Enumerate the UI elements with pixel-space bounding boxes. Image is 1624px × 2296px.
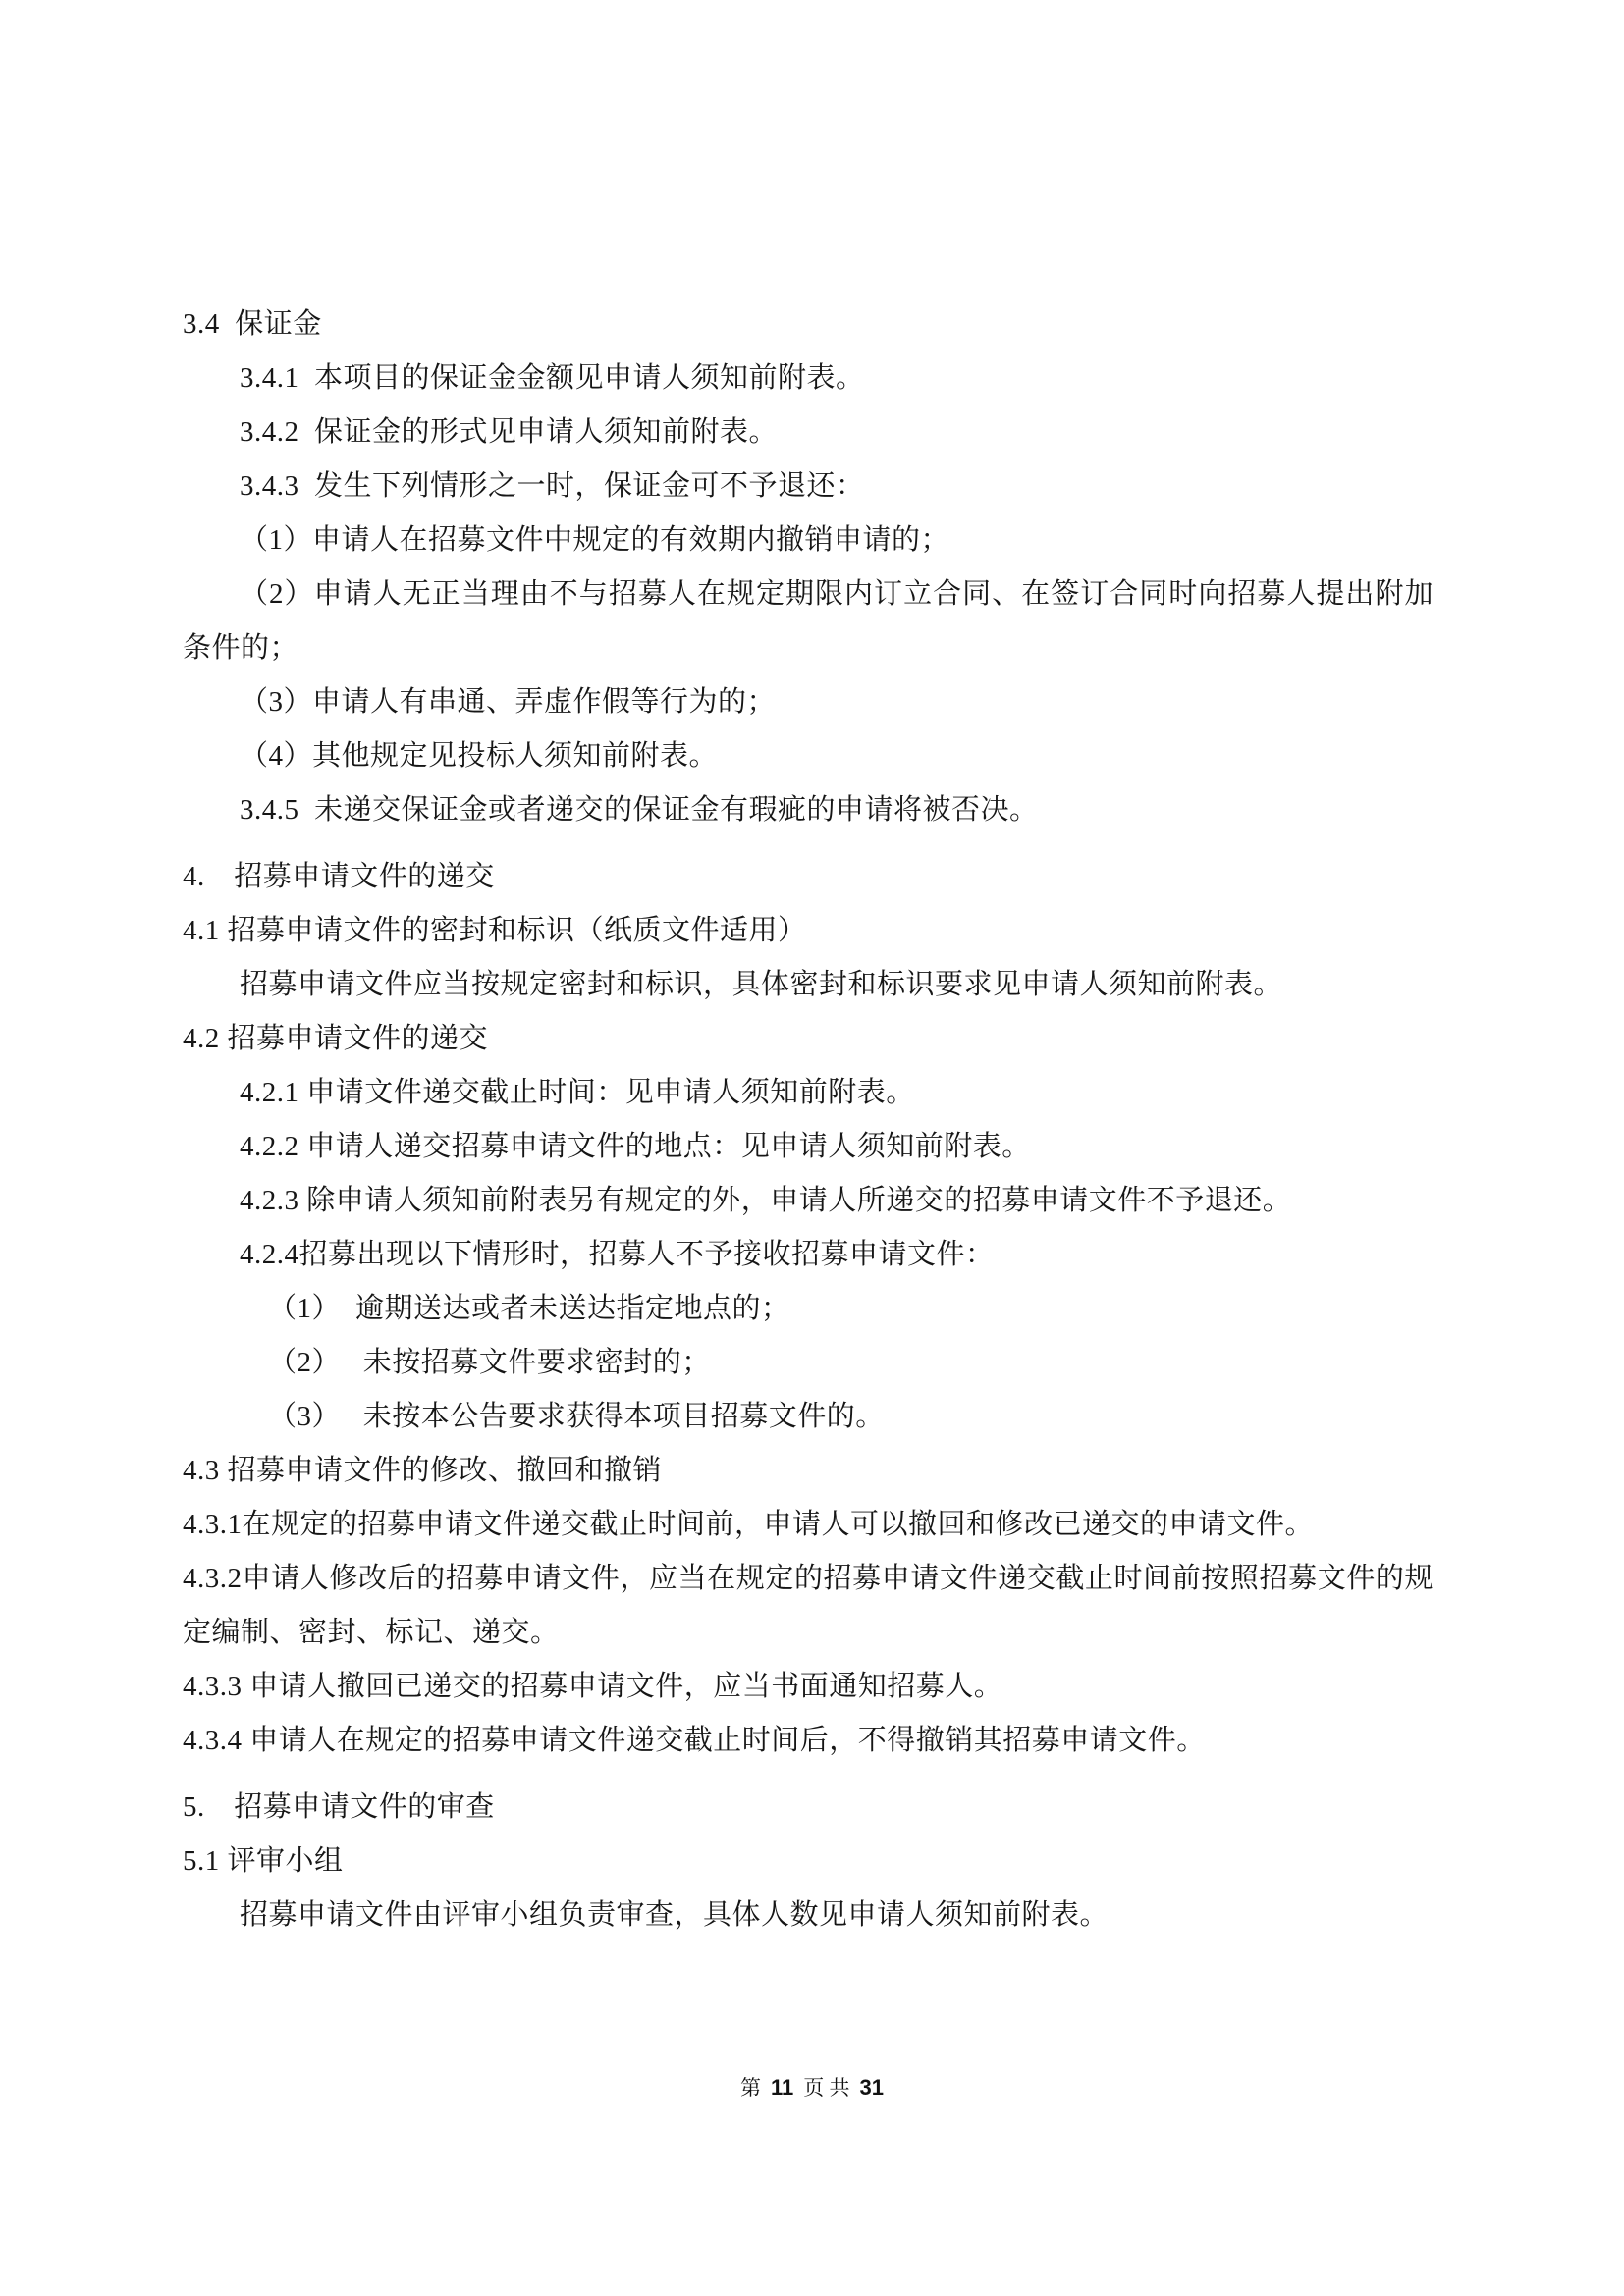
- clause-4-3-2: 4.3.2申请人修改后的招募申请文件，应当在规定的招募申请文件递交截止时间前按照…: [183, 1552, 1434, 1660]
- footer-label-middle: 页 共: [803, 2076, 849, 2100]
- item-3-4-3-1: （1）申请人在招募文件中规定的有效期内撤销申请的；: [183, 513, 1434, 567]
- item-4-2-4-2: （2） 未按招募文件要求密封的；: [183, 1336, 1434, 1390]
- footer-total-pages: 31: [860, 2075, 884, 2100]
- clause-3-4-5: 3.4.5 未递交保证金或者递交的保证金有瑕疵的申请将被否决。: [183, 783, 1434, 837]
- item-3-4-3-3: （3）申请人有串通、弄虚作假等行为的；: [183, 675, 1434, 729]
- clause-4-2-3: 4.2.3 除申请人须知前附表另有规定的外，申请人所递交的招募申请文件不予退还。: [183, 1174, 1434, 1228]
- document-page: 3.4 保证金3.4.1 本项目的保证金金额见申请人须知前附表。3.4.2 保证…: [0, 0, 1624, 2296]
- heading-3-4: 3.4 保证金: [183, 297, 1434, 351]
- heading-5: 5. 招募申请文件的审查: [183, 1781, 1434, 1835]
- clause-3-4-2: 3.4.2 保证金的形式见申请人须知前附表。: [183, 405, 1434, 459]
- para-5-1-body: 招募申请文件由评审小组负责审查，具体人数见申请人须知前附表。: [183, 1889, 1434, 1943]
- heading-4-3: 4.3 招募申请文件的修改、撤回和撤销: [183, 1444, 1434, 1498]
- clause-3-4-1: 3.4.1 本项目的保证金金额见申请人须知前附表。: [183, 351, 1434, 405]
- clause-4-3-4: 4.3.4 申请人在规定的招募申请文件递交截止时间后，不得撤销其招募申请文件。: [183, 1714, 1434, 1768]
- para-4-1-body: 招募申请文件应当按规定密封和标识，具体密封和标识要求见申请人须知前附表。: [183, 958, 1434, 1012]
- clause-4-2-2: 4.2.2 申请人递交招募申请文件的地点：见申请人须知前附表。: [183, 1120, 1434, 1174]
- item-4-2-4-1: （1） 逾期送达或者未送达指定地点的；: [183, 1282, 1434, 1336]
- clause-4-3-3: 4.3.3 申请人撤回已递交的招募申请文件，应当书面通知招募人。: [183, 1660, 1434, 1714]
- footer-label-prefix: 第: [740, 2076, 761, 2100]
- clause-4-2-1: 4.2.1 申请文件递交截止时间：见申请人须知前附表。: [183, 1066, 1434, 1120]
- item-3-4-3-2: （2）申请人无正当理由不与招募人在规定期限内订立合同、在签订合同时向招募人提出附…: [183, 567, 1434, 675]
- clause-4-3-1: 4.3.1在规定的招募申请文件递交截止时间前，申请人可以撤回和修改已递交的申请文…: [183, 1498, 1434, 1552]
- page-footer: 第11页 共31: [0, 2073, 1624, 2103]
- heading-4-2: 4.2 招募申请文件的递交: [183, 1012, 1434, 1066]
- footer-page-number: 11: [771, 2075, 793, 2100]
- item-3-4-3-4: （4）其他规定见投标人须知前附表。: [183, 729, 1434, 783]
- clause-3-4-3: 3.4.3 发生下列情形之一时，保证金可不予退还：: [183, 459, 1434, 513]
- clause-4-2-4: 4.2.4招募出现以下情形时，招募人不予接收招募申请文件：: [183, 1228, 1434, 1282]
- heading-4: 4. 招募申请文件的递交: [183, 850, 1434, 904]
- item-4-2-4-3: （3） 未按本公告要求获得本项目招募文件的。: [183, 1390, 1434, 1444]
- heading-4-1: 4.1 招募申请文件的密封和标识（纸质文件适用）: [183, 904, 1434, 958]
- heading-5-1: 5.1 评审小组: [183, 1835, 1434, 1889]
- document-body: 3.4 保证金3.4.1 本项目的保证金金额见申请人须知前附表。3.4.2 保证…: [183, 297, 1434, 1943]
